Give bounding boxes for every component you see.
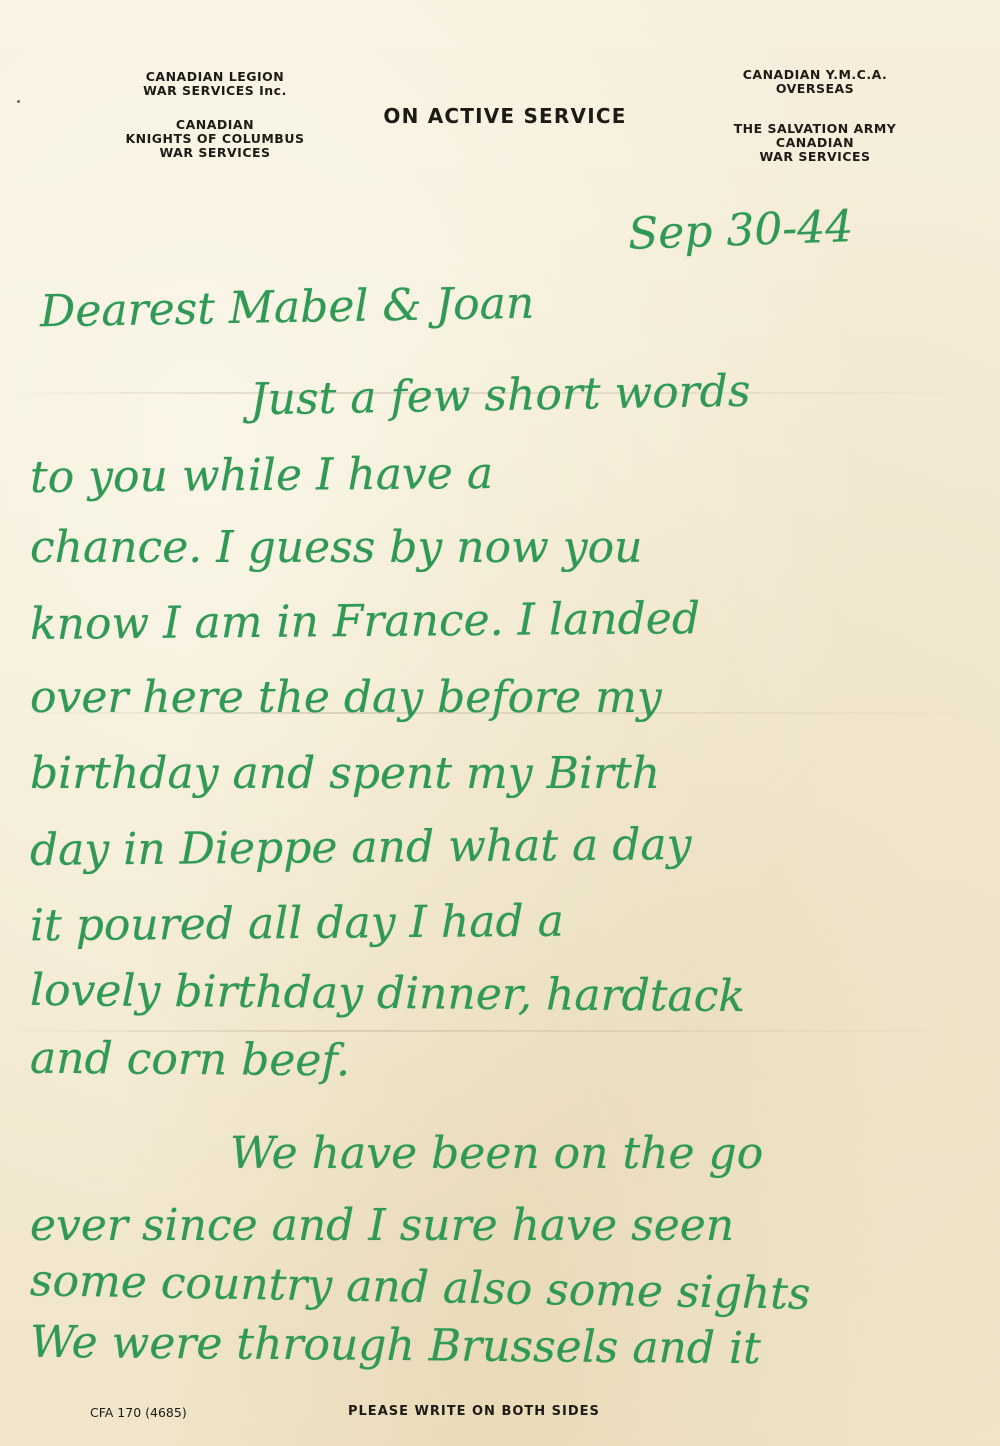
letterhead-right: CANADIAN Y.M.C.A. OVERSEAS THE SALVATION… — [690, 68, 940, 164]
letterhead-text: THE SALVATION ARMY — [734, 121, 897, 136]
letter-line: day in Dieppe and what a day — [30, 819, 692, 876]
letterhead-text: WAR SERVICES — [159, 145, 270, 160]
letterhead-text: CANADIAN Y.M.C.A. — [743, 67, 888, 82]
letter-salutation: Dearest Mabel & Joan — [40, 278, 535, 338]
letter-line: over here the day before my — [30, 672, 662, 723]
letter-line: We have been on the go — [230, 1128, 763, 1179]
letterhead-org-salvation-army: THE SALVATION ARMY CANADIAN WAR SERVICES — [690, 122, 940, 164]
letter-date: Sep 30-44 — [627, 201, 854, 260]
letterhead-text: KNIGHTS OF COLUMBUS — [125, 131, 304, 146]
letter-page: CANADIAN LEGION WAR SERVICES Inc. CANADI… — [0, 0, 1000, 1446]
form-code: CFA 170 (4685) — [90, 1405, 187, 1420]
letterhead-org-ymca: CANADIAN Y.M.C.A. OVERSEAS — [690, 68, 940, 96]
letter-line: and corn beef. — [30, 1033, 351, 1087]
letter-line: chance. I guess by now you — [30, 522, 642, 573]
letterhead-text: CANADIAN — [776, 135, 854, 150]
letter-line: lovely birthday dinner, hardtack — [30, 965, 745, 1022]
letterhead-org-knights-of-columbus: CANADIAN KNIGHTS OF COLUMBUS WAR SERVICE… — [90, 118, 340, 160]
letterhead-text: WAR SERVICES — [759, 149, 870, 164]
letter-line: birthday and spent my Birth — [30, 748, 660, 799]
letter-line: Just a few short words — [250, 366, 751, 426]
letterhead-left: CANADIAN LEGION WAR SERVICES Inc. CANADI… — [90, 70, 340, 160]
letter-line: some country and also some sights — [30, 1255, 811, 1320]
letterhead-text: CANADIAN LEGION — [146, 69, 285, 84]
letter-line: it poured all day I had a — [30, 896, 564, 952]
letterhead-text: WAR SERVICES Inc. — [143, 83, 287, 98]
letterhead-text: CANADIAN — [176, 117, 254, 132]
letter-line: We were through Brussels and it — [30, 1317, 761, 1374]
paper-speck — [17, 100, 20, 103]
write-both-sides-note: PLEASE WRITE ON BOTH SIDES — [348, 1404, 600, 1419]
letter-line: know I am in France. I landed — [30, 593, 700, 650]
letterhead-text: OVERSEAS — [776, 81, 854, 96]
letterhead-title: ON ACTIVE SERVICE — [340, 104, 670, 128]
letter-line: to you while I have a — [30, 448, 493, 503]
paper-fold-line — [0, 1030, 1000, 1032]
letter-line: ever since and I sure have seen — [30, 1200, 734, 1251]
letterhead-org-legion: CANADIAN LEGION WAR SERVICES Inc. — [90, 70, 340, 98]
